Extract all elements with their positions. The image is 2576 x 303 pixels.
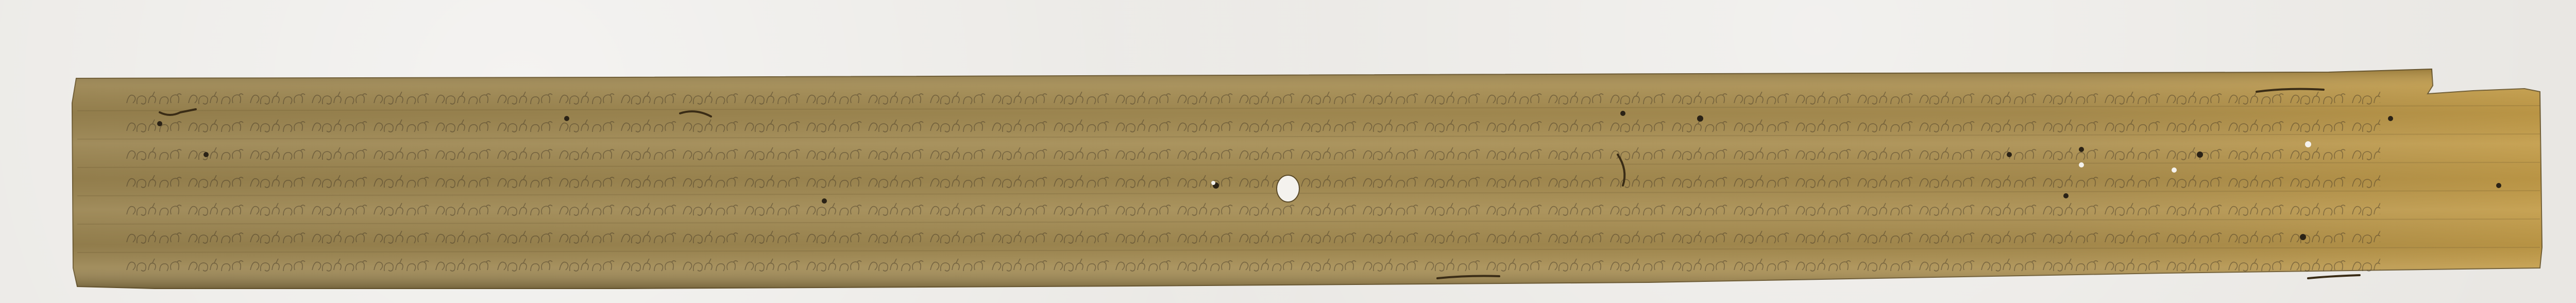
string-hole	[1277, 175, 1299, 202]
manuscript-photo	[0, 0, 2576, 303]
